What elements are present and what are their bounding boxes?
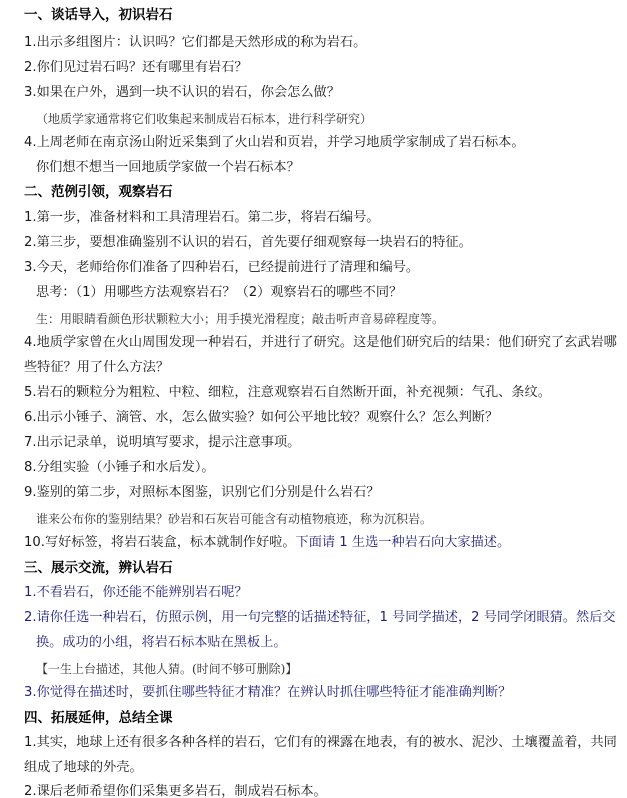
section-2-line-6: 6.出示小锤子、滴管、水，怎么做实验？如何公平地比较？观察什么？怎么判断？ xyxy=(24,409,498,427)
section-4-line-1-cont: 组成了地球的外壳。 xyxy=(24,759,143,777)
lesson-plan-document: 一、谈话导入，初识岩石 1.出示多组图片：认识吗？它们都是天然形成的称为岩石。 … xyxy=(0,0,627,798)
section-2-think: 思考：（1）用哪些方法观察岩石？（2）观察岩石的哪些不同？ xyxy=(36,284,402,302)
section-1-line-4-cont: 你们想不想当一回地质学家做一个岩石标本？ xyxy=(36,159,300,177)
section-3-line-1: 1.不看岩石，你还能不能辨别岩石呢？ xyxy=(24,584,248,602)
section-2-line-1: 1.第一步，准备材料和工具清理岩石。第二步，将岩石编号。 xyxy=(24,209,379,227)
section-2-line-8: 8.分组实验（小锤子和水后发）。 xyxy=(24,459,215,477)
section-3-line-2: 2.请你任选一种岩石，仿照示例，用一句完整的话描述特征，1 号同学描述，2 号同… xyxy=(24,609,616,627)
section-1-heading: 一、谈话导入，初识岩石 xyxy=(24,6,173,24)
section-2-line-2: 2.第三步，要想准确鉴别不认识的岩石，首先要仔细观察每一块岩石的特征。 xyxy=(24,234,472,252)
section-2-line-10-highlight: 下面请 1 生选一种岩石向大家描述。 xyxy=(296,535,511,550)
section-4-line-1: 1.其实，地球上还有很多各种各样的岩石，它们有的裸露在地表，有的被水、泥沙、土壤… xyxy=(24,734,617,752)
section-1-line-2: 2.你们见过岩石吗？还有哪里有岩石？ xyxy=(24,59,248,77)
section-2-line-7: 7.出示记录单，说明填写要求，提示注意事项。 xyxy=(24,434,300,452)
section-1-line-3: 3.如果在户外，遇到一块不认识的岩石，你会怎么做？ xyxy=(24,84,340,102)
section-1-line-1: 1.出示多组图片：认识吗？它们都是天然形成的称为岩石。 xyxy=(24,34,366,52)
section-2-line-4-cont: 些特征？用了什么方法？ xyxy=(24,359,169,377)
section-2-student-answer: 生：用眼睛看颜色形状颗粒大小；用手摸光滑程度；敲击听声音易碎程度等。 xyxy=(36,310,444,328)
section-2-line-3: 3.今天，老师给你们准备了四种岩石，已经提前进行了清理和编号。 xyxy=(24,259,419,277)
section-3-bracket-note: 【一生上台描述，其他人猜。(时间不够可删除)】 xyxy=(36,660,297,678)
section-3-line-3: 3.你觉得在描述时，要抓住哪些特征才精准？在辨认时抓住哪些特征才能准确判断？ xyxy=(24,684,511,702)
section-2-result-note: 谁来公布你的鉴别结果？砂岩和石灰岩可能含有动植物痕迹，称为沉积岩。 xyxy=(36,510,432,528)
section-2-line-10-text: 10.写好标签，将岩石装盒，标本就制作好啦。 xyxy=(24,535,296,550)
section-2-line-4: 4.地质学家曾在火山周围发现一种岩石，并进行了研究。这是他们研究后的结果：他们研… xyxy=(24,334,617,352)
section-2-heading: 二、范例引领，观察岩石 xyxy=(24,183,173,201)
section-1-note: （地质学家通常将它们收集起来制成岩石标本，进行科学研究） xyxy=(36,110,372,128)
section-2-line-9: 9.鉴别的第二步，对照标本图鉴，识别它们分别是什么岩石？ xyxy=(24,484,379,502)
section-4-heading: 四、拓展延伸，总结全课 xyxy=(24,709,173,727)
section-4-line-2: 2.课后老师希望你们采集更多岩石，制成岩石标本。 xyxy=(24,783,327,798)
section-2-line-10: 10.写好标签，将岩石装盒，标本就制作好啦。下面请 1 生选一种岩石向大家描述。 xyxy=(24,534,510,552)
section-2-line-5: 5.岩石的颗粒分为粗粒、中粒、细粒，注意观察岩石自然断开面，补充视频：气孔、条纹… xyxy=(24,384,551,402)
section-3-heading: 三、展示交流，辨认岩石 xyxy=(24,559,173,577)
section-3-line-2-cont: 换。成功的小组，将岩石标本贴在黑板上。 xyxy=(36,634,287,652)
section-1-line-4: 4.上周老师在南京汤山附近采集到了火山岩和页岩，并学习地质学家制成了岩石标本。 xyxy=(24,134,525,152)
